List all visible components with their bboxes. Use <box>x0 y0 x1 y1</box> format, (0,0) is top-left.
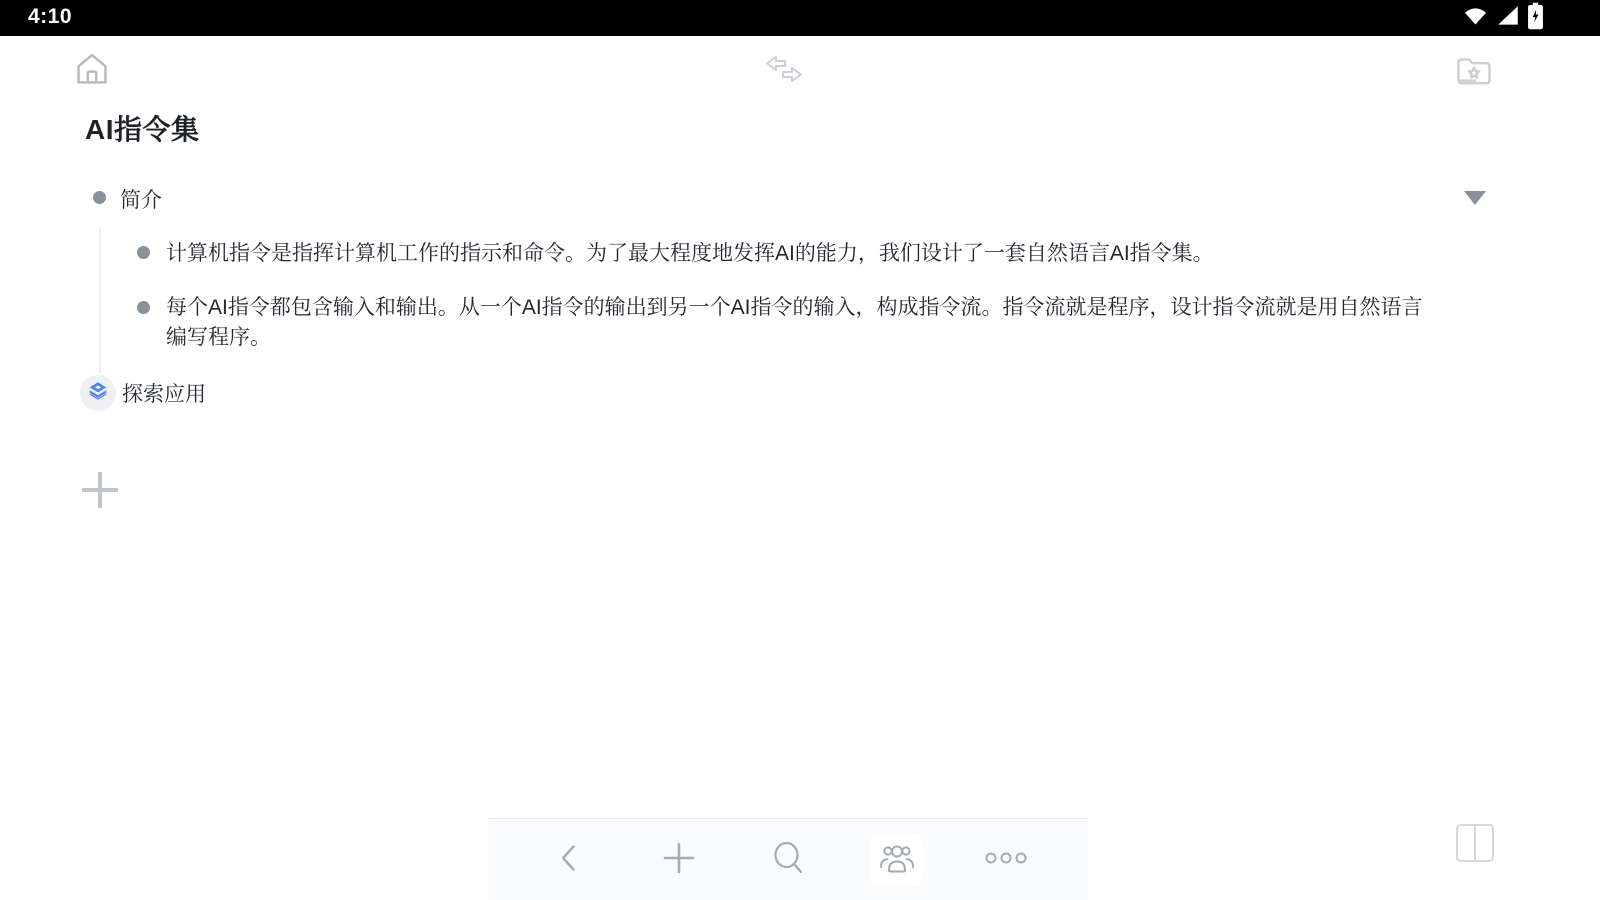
add-button[interactable] <box>653 834 705 886</box>
outline-thread-line <box>99 228 101 374</box>
bottom-toolbar <box>488 818 1088 900</box>
split-view-button[interactable] <box>1456 824 1494 862</box>
battery-charging-icon <box>1527 2 1544 35</box>
search-icon <box>770 840 806 879</box>
collaborators-icon <box>877 840 917 879</box>
outline-bullet[interactable] <box>93 191 106 204</box>
explore-apps-label: 探索应用 <box>122 378 206 408</box>
collaborators-button[interactable] <box>871 834 923 886</box>
cellular-signal-icon <box>1495 3 1521 34</box>
section-label[interactable]: 简介 <box>120 184 162 214</box>
wifi-icon <box>1462 2 1489 34</box>
undo-redo-button[interactable] <box>758 50 810 90</box>
back-icon <box>556 842 584 877</box>
search-button[interactable] <box>762 834 814 886</box>
favorites-folder-button[interactable] <box>1452 52 1496 92</box>
more-icon <box>984 848 1028 871</box>
explore-badge <box>80 375 116 411</box>
status-icons <box>1462 4 1544 32</box>
home-button[interactable] <box>70 48 114 92</box>
add-item-button[interactable] <box>82 472 118 508</box>
back-button[interactable] <box>544 834 596 886</box>
clock: 4:10 <box>28 5 72 29</box>
collapse-triangle-icon[interactable] <box>1464 191 1486 205</box>
undo-redo-icon <box>758 49 810 92</box>
outline-bullet[interactable] <box>137 301 150 314</box>
home-icon <box>73 50 111 91</box>
add-icon <box>662 841 696 878</box>
page-title: AI指令集 <box>85 108 200 148</box>
status-bar: 4:10 <box>0 0 1600 36</box>
outline-bullet[interactable] <box>137 246 150 259</box>
outline-item-text[interactable]: 每个AI指令都包含输入和输出。从一个AI指令的输出到另一个AI指令的输入，构成指… <box>166 293 1441 353</box>
layers-icon <box>87 380 109 407</box>
more-button[interactable] <box>980 834 1032 886</box>
outline-item-text[interactable]: 计算机指令是指挥计算机工作的指示和命令。为了最大程度地发挥AI的能力，我们设计了… <box>166 239 1214 269</box>
explore-apps-row[interactable]: 探索应用 <box>80 375 206 411</box>
app-screen: 4:10 <box>0 0 1600 900</box>
folder-favorites-icon <box>1454 53 1494 92</box>
